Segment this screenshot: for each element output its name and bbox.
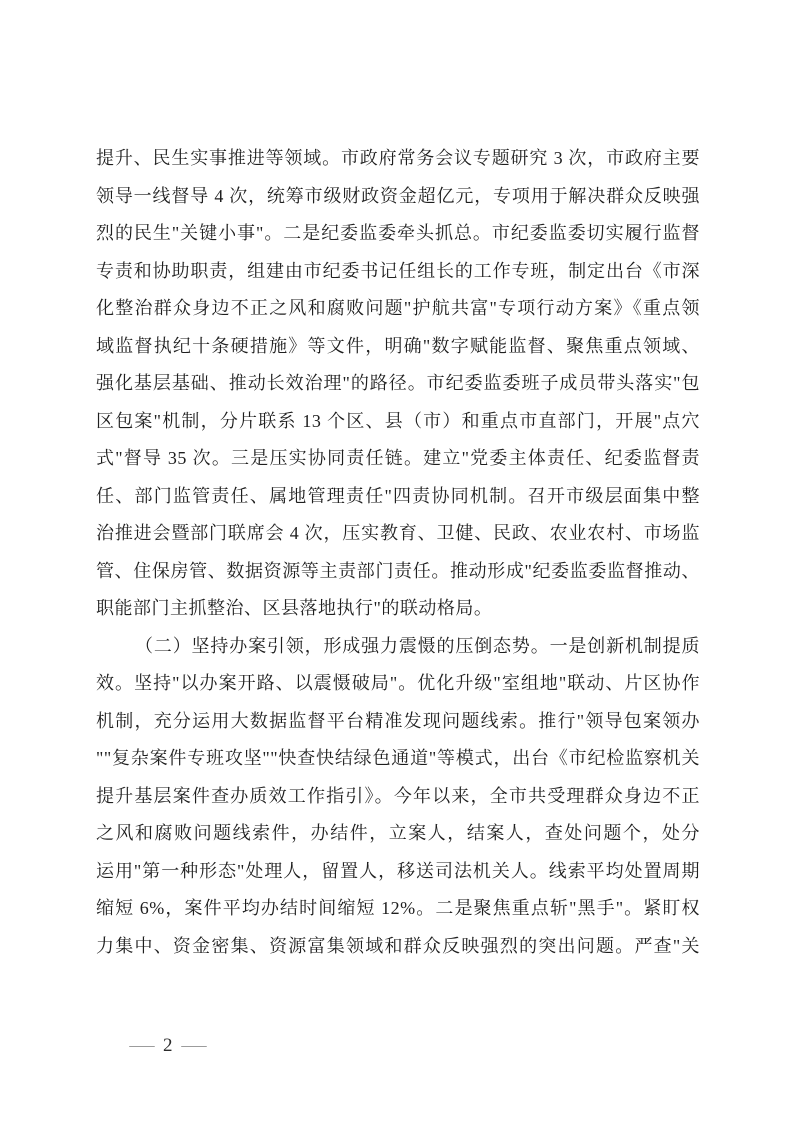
text-line-21: 缩短 6%，案件平均办结时间缩短 12%。二是聚焦重点斩"黑手"。紧盯权	[96, 890, 700, 928]
text-line-11: 治推进会暨部门联席会 4 次，压实教育、卫健、民政、农业农村、市场监	[96, 515, 700, 553]
text-line-9: 式"督导 35 次。三是压实协同责任链。建立"党委主体责任、纪委监督责	[96, 440, 700, 478]
document-body: 提升、民生实事推进等领域。市政府常务会议专题研究 3 次，市政府主要 领导一线督…	[96, 140, 700, 965]
text-line-6: 域监督执纪十条硬措施》等文件，明确"数字赋能监督、聚焦重点领域、	[96, 328, 700, 366]
text-line-17: ""复杂案件专班攻坚""快查快结绿色通道"等模式，出台《市纪检监察机关	[96, 740, 700, 778]
text-line-13: 职能部门主抓整治、区县落地执行"的联动格局。	[96, 590, 700, 628]
page-footer: —2—	[133, 1031, 203, 1059]
text-line-1: 提升、民生实事推进等领域。市政府常务会议专题研究 3 次，市政府主要	[96, 140, 700, 178]
text-line-7: 强化基层基础、推动长效治理"的路径。市纪委监委班子成员带头落实"包	[96, 365, 700, 403]
footer-dash-right: —	[181, 1031, 206, 1059]
document-page: 提升、民生实事推进等领域。市政府常务会议专题研究 3 次，市政府主要 领导一线督…	[0, 0, 793, 1122]
text-line-3: 烈的民生"关键小事"。二是纪委监委牵头抓总。市纪委监委切实履行监督	[96, 215, 700, 253]
text-line-18: 提升基层案件查办质效工作指引》。今年以来，全市共受理群众身边不正	[96, 778, 700, 816]
text-line-15: 效。坚持"以办案开路、以震慑破局"。优化升级"室组地"联动、片区协作	[96, 665, 700, 703]
page-number: 2	[163, 1035, 173, 1056]
text-line-22: 力集中、资金密集、资源富集领域和群众反映强烈的突出问题。严查"关	[96, 928, 700, 966]
text-line-4: 专责和协助职责，组建由市纪委书记任组长的工作专班，制定出台《市深	[96, 253, 700, 291]
text-line-5: 化整治群众身边不正之风和腐败问题"护航共富"专项行动方案》《重点领	[96, 290, 700, 328]
text-line-20: 运用"第一种形态"处理人，留置人，移送司法机关人。线索平均处置周期	[96, 853, 700, 891]
text-line-19: 之风和腐败问题线索件，办结件，立案人，结案人，查处问题个，处分人，	[96, 815, 700, 853]
text-line-2: 领导一线督导 4 次，统筹市级财政资金超亿元，专项用于解决群众反映强	[96, 178, 700, 216]
text-line-16: 机制，充分运用大数据监督平台精准发现问题线索。推行"领导包案领办	[96, 703, 700, 741]
footer-dash-left: —	[129, 1031, 154, 1059]
text-line-10: 任、部门监管责任、属地管理责任"四责协同机制。召开市级层面集中整	[96, 478, 700, 516]
text-line-12: 管、住保房管、数据资源等主责部门责任。推动形成"纪委监委监督推动、	[96, 553, 700, 591]
text-line-14-section-heading: （二）坚持办案引领，形成强力震慑的压倒态势。一是创新机制提质	[96, 628, 700, 666]
text-line-8: 区包案"机制，分片联系 13 个区、县（市）和重点市直部门，开展"点穴	[96, 403, 700, 441]
